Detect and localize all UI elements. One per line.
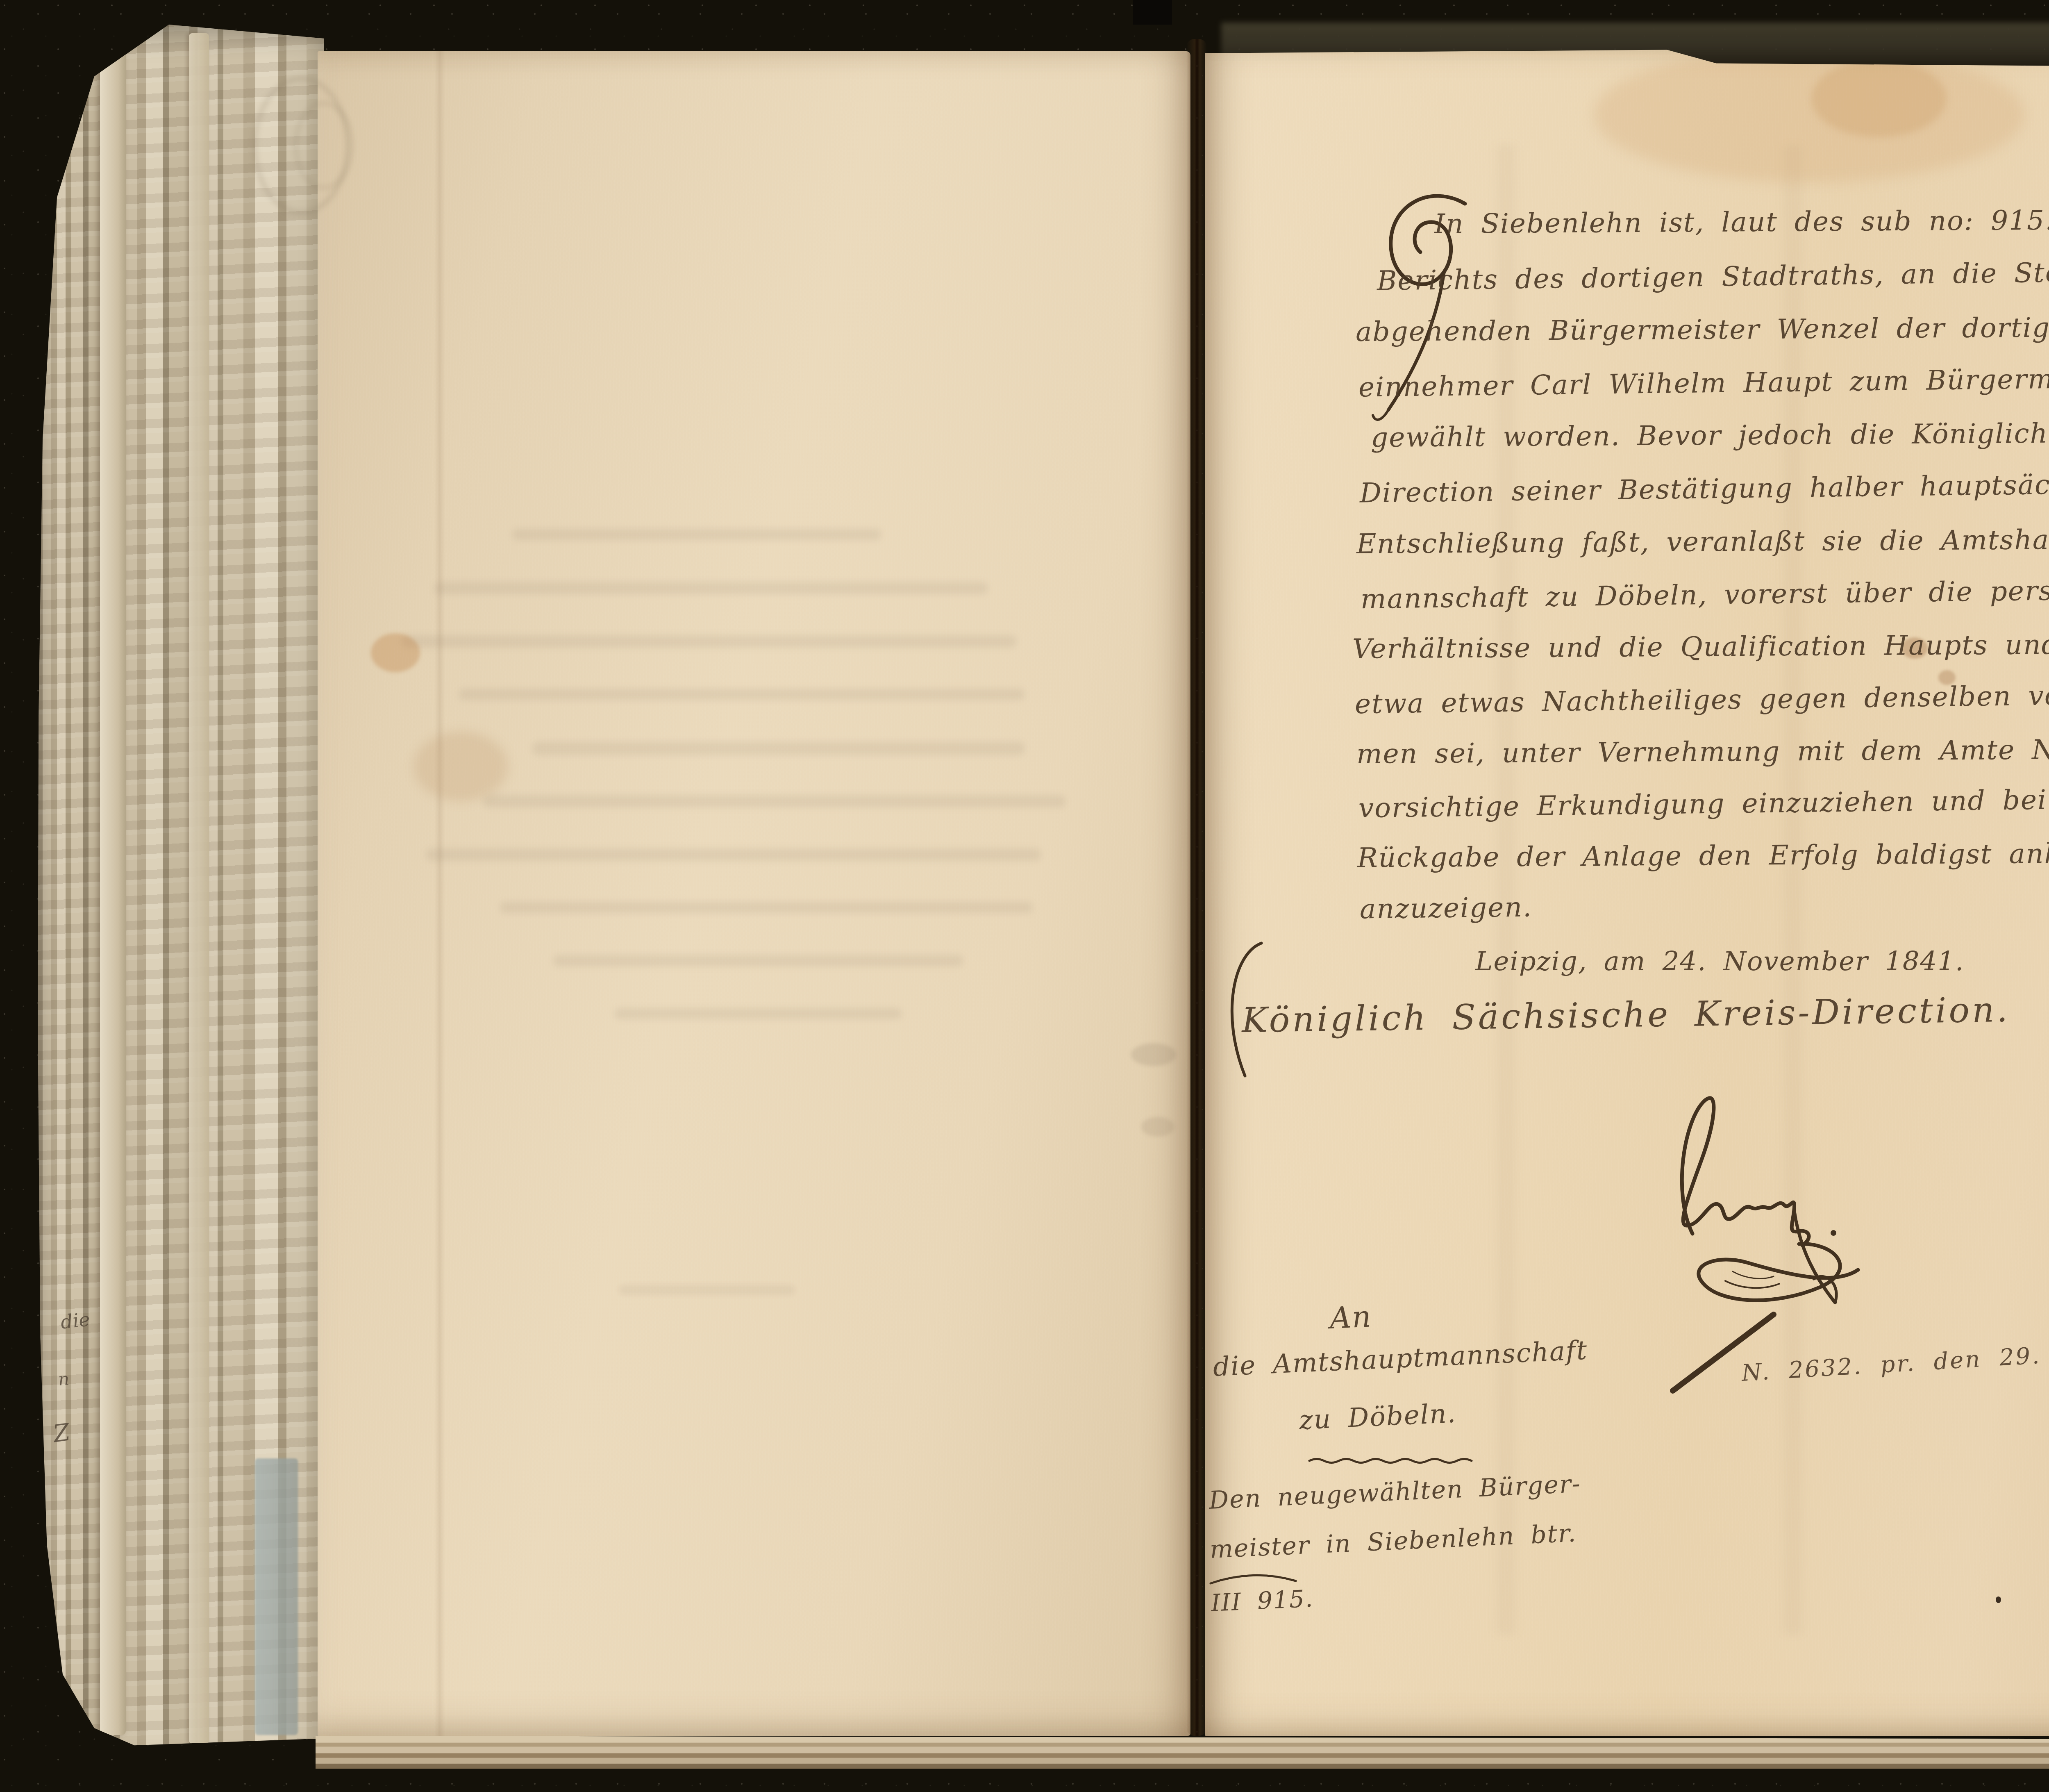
book-gutter [1186,39,1207,1736]
bleedthrough-line [533,742,1024,755]
letter-line: vorsichtige Erkundigung einzuziehen und … [1358,781,2047,828]
book-scan: die n Z [0,0,2049,1792]
letter-line: anzuzeigen. [1359,888,1532,928]
water-stain [1594,47,2024,182]
address-recipient: zu Döbeln. [1298,1395,1457,1440]
address-recipient: die Amtshauptmannschaft [1212,1332,1588,1386]
address-salutation: An [1329,1297,1372,1337]
bleedthrough-figures [1141,1117,1174,1137]
left-page [318,51,1190,1736]
letter-dateline: Leipzig, am 24. November 1841. [1475,943,1964,980]
bottom-page-edges [316,1736,2049,1769]
foxing-stain [414,732,508,801]
edge-fragment-text: die [59,1308,91,1333]
file-reference: III 915. [1210,1580,1314,1622]
water-stain [1811,59,1947,137]
letter-line: Verhältnisse und die Qualification Haupt… [1352,625,2049,668]
bleedthrough-figures [1131,1043,1176,1066]
page-crease [434,51,445,1736]
right-page: In Siebenlehn ist, laut des sub no: 915.… [1205,43,2049,1736]
letter-line: mannschaft zu Döbeln, vorerst über die p… [1361,571,2049,618]
subject-line: meister in Siebenlehn btr. [1209,1514,1577,1569]
ink-dot [1996,1596,2001,1603]
letter-line: abgehenden Bürgermeister Wenzel der dort… [1356,308,2049,351]
page-edge-flap [100,42,126,1735]
letter-line: Rückgabe der Anlage den Erfolg baldigst … [1357,835,2049,877]
left-page-edge-stack [37,25,324,1752]
page-edge-flap-gray [255,1458,298,1735]
bleedthrough-line [615,1008,902,1019]
letter-line: men sei, unter Vernehmung mit dem Amte N… [1356,730,2049,773]
signature-flourish [1570,1057,1906,1320]
letter-sender: Königlich Sächsische Kreis-Direction. [1241,991,2010,1039]
bleedthrough-line [512,529,881,540]
countersignature: Richter [2047,1571,2049,1619]
bleedthrough-line [500,902,1033,913]
edge-fragment-text: n [57,1369,70,1389]
backdrop-gap [1133,0,1172,25]
letter-line: Entschließung faßt, veranlaßt sie die Am… [1356,521,2049,563]
letter-line: gewählt worden. Bevor jedoch die Königli… [1371,414,2049,457]
bleedthrough-initial [293,100,354,191]
bleedthrough-smudge [619,1285,795,1295]
page-edge-flap [189,33,209,1744]
subject-line: Den neugewählten Bürger- [1208,1465,1582,1519]
bleedthrough-line [434,582,988,594]
bleedthrough-line [459,689,1024,700]
bleedthrough-line [484,795,1065,807]
bleedthrough-line [426,848,1041,861]
bleedthrough-line [402,635,1016,648]
letter-line: In Siebenlehn ist, laut des sub no: 915.… [1434,200,2049,243]
bleedthrough-line [553,955,963,966]
foxing-stain [371,633,420,672]
letter-line: Direction seiner Bestätigung halber haup… [1360,465,2049,512]
letter-line: etwa etwas Nachtheiliges gegen denselben… [1355,675,2049,723]
address-underline [1307,1455,1483,1466]
